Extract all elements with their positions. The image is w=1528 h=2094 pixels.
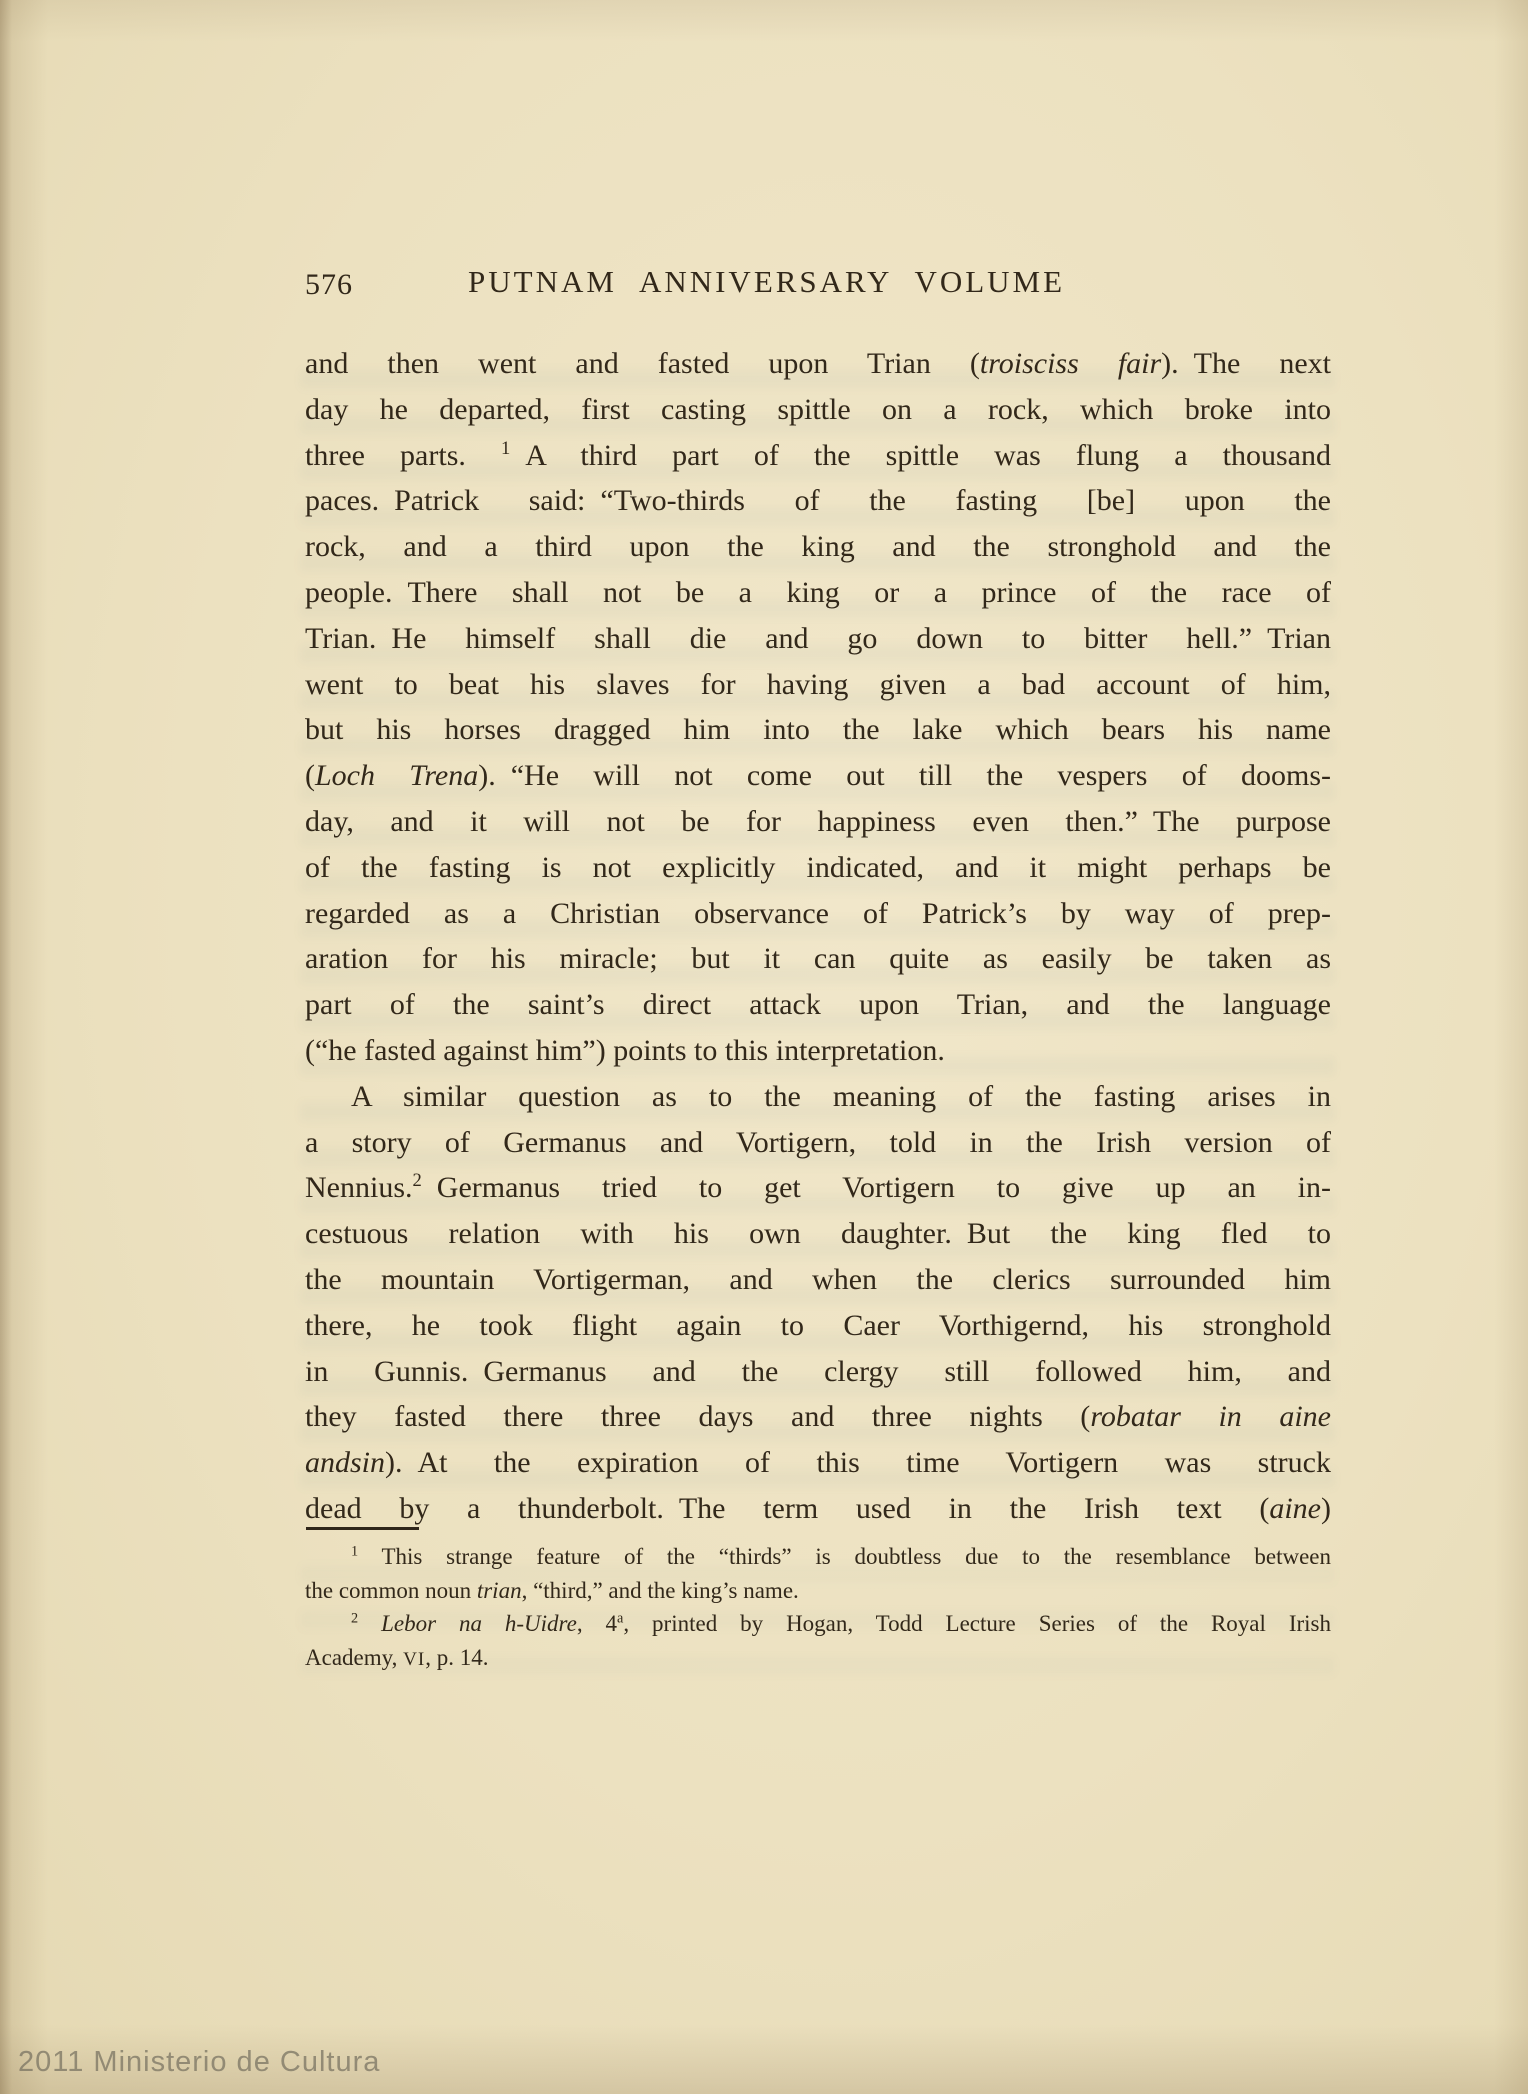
text-line: aration for his miracle; but it can quit… [305,936,1331,982]
text-line: A similar question as to the meaning of … [305,1074,1331,1120]
text-line: day, and it will not be for happiness ev… [305,799,1331,845]
footnotes: 1 This strange feature of the “thirds” i… [305,1540,1331,1674]
text-line: of the fasting is not explicitly indicat… [305,845,1331,891]
text-line: dead by a thunderbolt. The term used in … [305,1486,1331,1532]
text-line: part of the saint’s direct attack upon T… [305,982,1331,1028]
text-line: the common noun trian, “third,” and the … [305,1574,1331,1608]
text-line: people. There shall not be a king or a p… [305,570,1331,616]
text-line: cestuous relation with his own daughter.… [305,1211,1331,1257]
text-line: there, he took flight again to Caer Vort… [305,1303,1331,1349]
footnote-separator [306,1527,419,1530]
text-line: Academy, VI, p. 14. [305,1641,1331,1675]
running-title: PUTNAM ANNIVERSARY VOLUME [468,264,1065,300]
text-line: three parts. 1 A third part of the spitt… [305,433,1331,479]
text-line: andsin). At the expiration of this time … [305,1440,1331,1486]
text-line: and then went and fasted upon Trian (tro… [305,341,1331,387]
text-line: in Gunnis. Germanus and the clergy still… [305,1349,1331,1395]
text-line: the mountain Vortigerman, and when the c… [305,1257,1331,1303]
text-line: Nennius.2 Germanus tried to get Vortiger… [305,1165,1331,1211]
page-header: 576 PUTNAM ANNIVERSARY VOLUME [305,264,1330,308]
body-text: and then went and fasted upon Trian (tro… [305,341,1331,1532]
text-line: a story of Germanus and Vortigern, told … [305,1120,1331,1166]
text-line: went to beat his slaves for having given… [305,662,1331,708]
text-line: (Loch Trena). “He will not come out till… [305,753,1331,799]
text-line: but his horses dragged him into the lake… [305,707,1331,753]
text-line: 1 This strange feature of the “thirds” i… [305,1540,1331,1574]
text-line: rock, and a third upon the king and the … [305,524,1331,570]
text-line: regarded as a Christian observance of Pa… [305,891,1331,937]
text-line: day he departed, first casting spittle o… [305,387,1331,433]
text-line: (“he fasted against him”) points to this… [305,1028,1331,1074]
watermark: 2011 Ministerio de Cultura [18,2046,380,2079]
book-page: 576 PUTNAM ANNIVERSARY VOLUME and then w… [0,0,1528,2094]
text-line: 2 Lebor na h-Uidre, 4a, printed by Hogan… [305,1607,1331,1641]
text-line: they fasted there three days and three n… [305,1394,1331,1440]
text-line: paces. Patrick said: “Two-thirds of the … [305,478,1331,524]
text-line: Trian. He himself shall die and go down … [305,616,1331,662]
page-number: 576 [305,268,353,302]
